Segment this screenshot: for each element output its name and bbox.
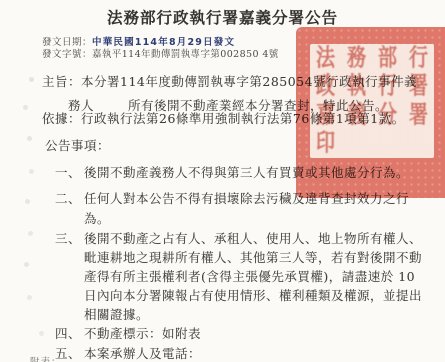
seal-script-character: 義 (347, 103, 366, 127)
issue-date-label: 發文日期： (42, 37, 92, 48)
seal-script-character: 執 (347, 75, 366, 99)
seal-script-character: 分 (378, 103, 397, 127)
official-seal: 法務部行政執行署嘉義分署印 (296, 27, 445, 198)
item-5: 五、 本案承辦人及電話： (55, 344, 435, 362)
seal-script-character: 署 (409, 75, 428, 99)
item-3-number: 三、 (55, 229, 81, 248)
attachment-table-label: 附表： (30, 354, 62, 362)
meta-block: 發文日期：中華民國114年8月29日發文 發文字號：嘉執平114年動傳罰執專字第… (42, 37, 279, 60)
item-3: 三、 後開不動產之占有人、承租人、使用人、地上物所有權人、 毗連耕地之現耕所有權… (55, 229, 435, 324)
seal-script-character: 政 (316, 75, 335, 99)
seal-script-character: 嘉 (316, 103, 335, 127)
item-4: 四、 不動產標示：如附表 (55, 324, 435, 344)
doc-number-row: 發文字號：嘉執平114年動傳罰執專字第002850 4號 (42, 49, 279, 61)
seal-script-character: 部 (378, 46, 397, 70)
doc-number-value: 嘉執平114年動傳罰執專字第002850 4號 (92, 49, 279, 60)
seal-script-character: 印 (316, 132, 335, 156)
item-1-number: 一、 (55, 163, 81, 183)
doc-number-label: 發文字號： (42, 49, 92, 60)
announcement-document: 法務部行政執行署嘉義分署公告 發文日期：中華民國114年8月29日發文 發文字號… (0, 0, 445, 362)
basis-label: 依據： (42, 111, 81, 126)
page-title: 法務部行政執行署嘉義分署公告 (0, 6, 445, 28)
item-4-number: 四、 (55, 324, 81, 344)
items-header: 公告事項： (45, 136, 110, 154)
seal-script-character: 務 (347, 46, 366, 70)
item-2-number: 二、 (55, 189, 81, 209)
scan-artifact-marks (0, 0, 3, 3)
subject-label: 主旨： (42, 74, 81, 89)
issue-date-value: 中華民國114年8月29日發文 (92, 37, 235, 48)
seal-script-character: 行 (378, 75, 397, 99)
seal-script-character: 法 (316, 46, 335, 70)
issue-date-row: 發文日期：中華民國114年8月29日發文 (42, 37, 279, 49)
seal-script-character: 署 (409, 103, 428, 127)
official-seal-characters: 法務部行政執行署嘉義分署印 (310, 44, 434, 158)
seal-script-character: 行 (409, 46, 428, 70)
